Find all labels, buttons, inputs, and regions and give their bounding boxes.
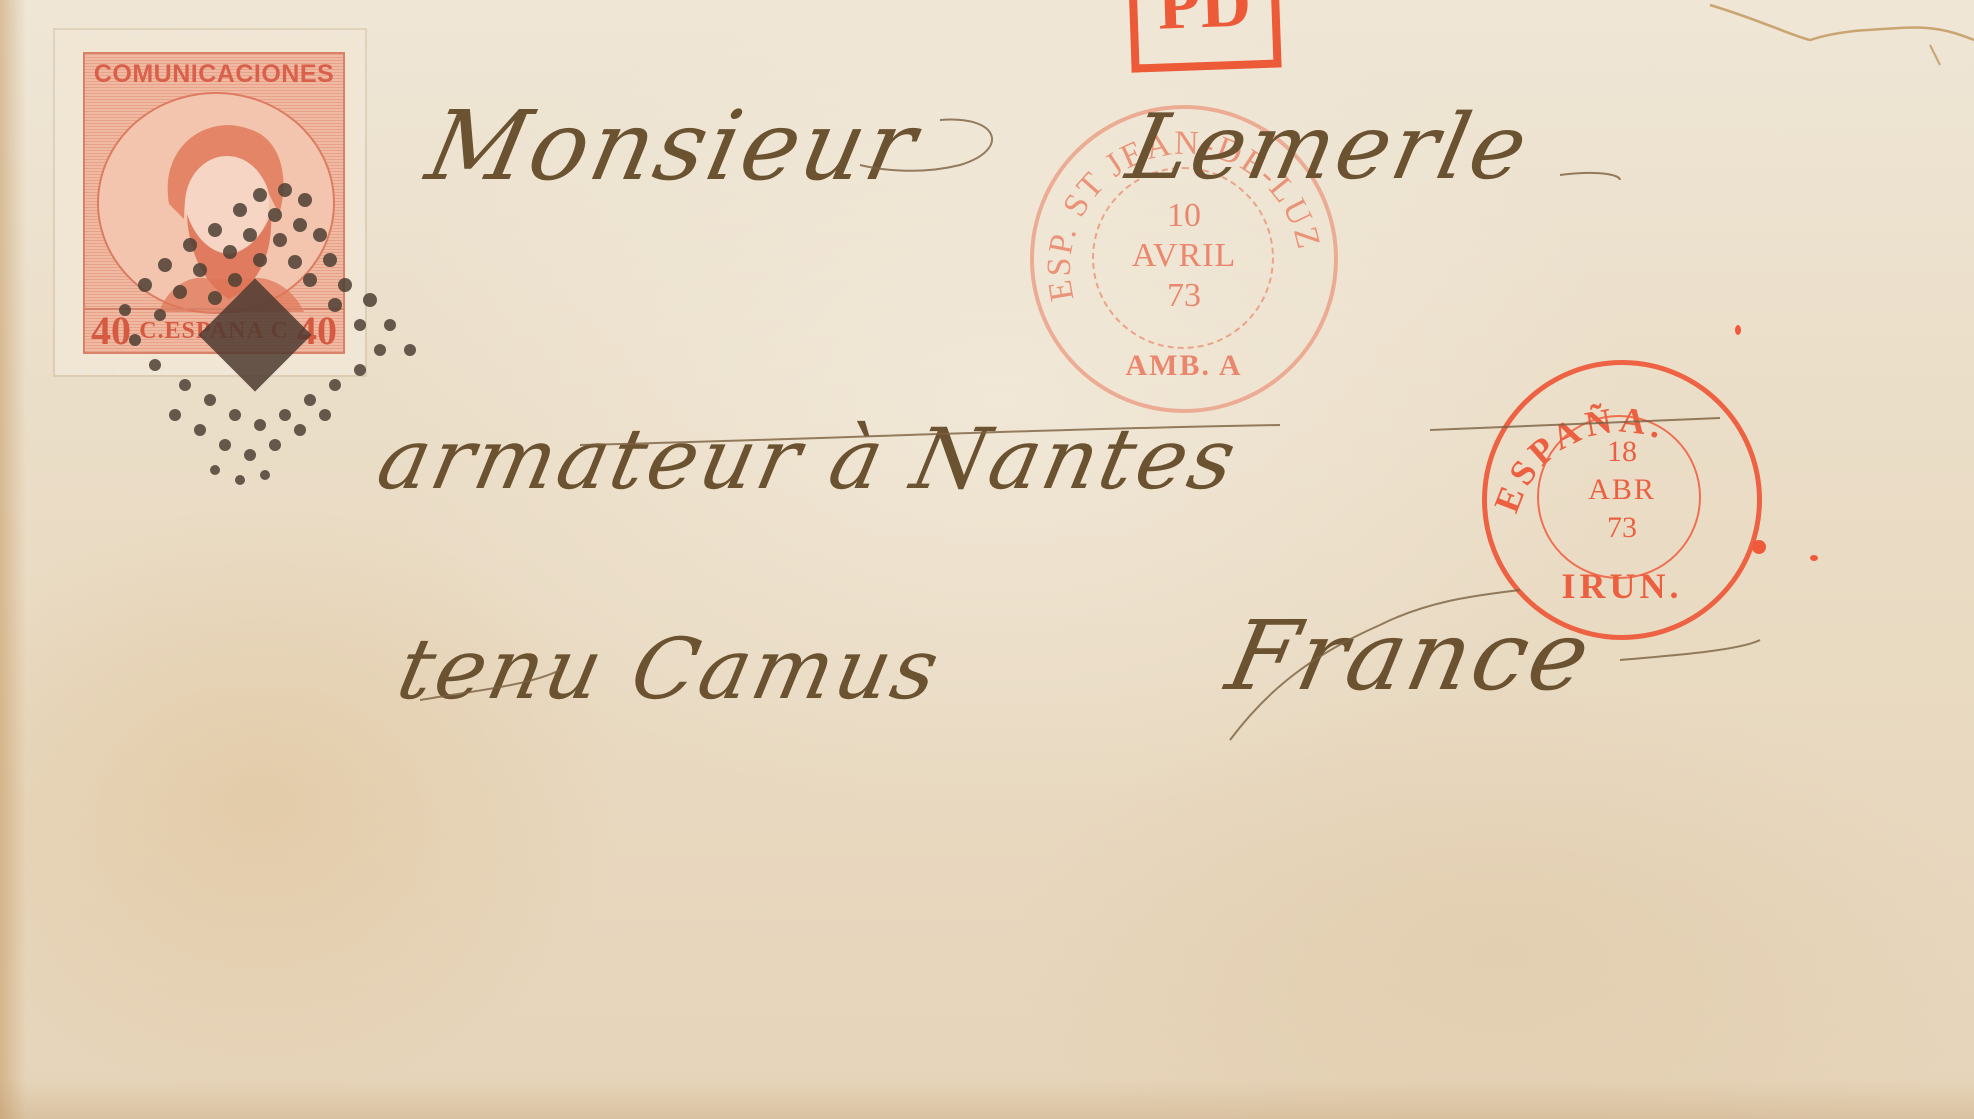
handwriting-flourish (0, 0, 1974, 1119)
envelope: COMUNICACIONES 40 C.ESPANA C 40 (0, 0, 1974, 1119)
